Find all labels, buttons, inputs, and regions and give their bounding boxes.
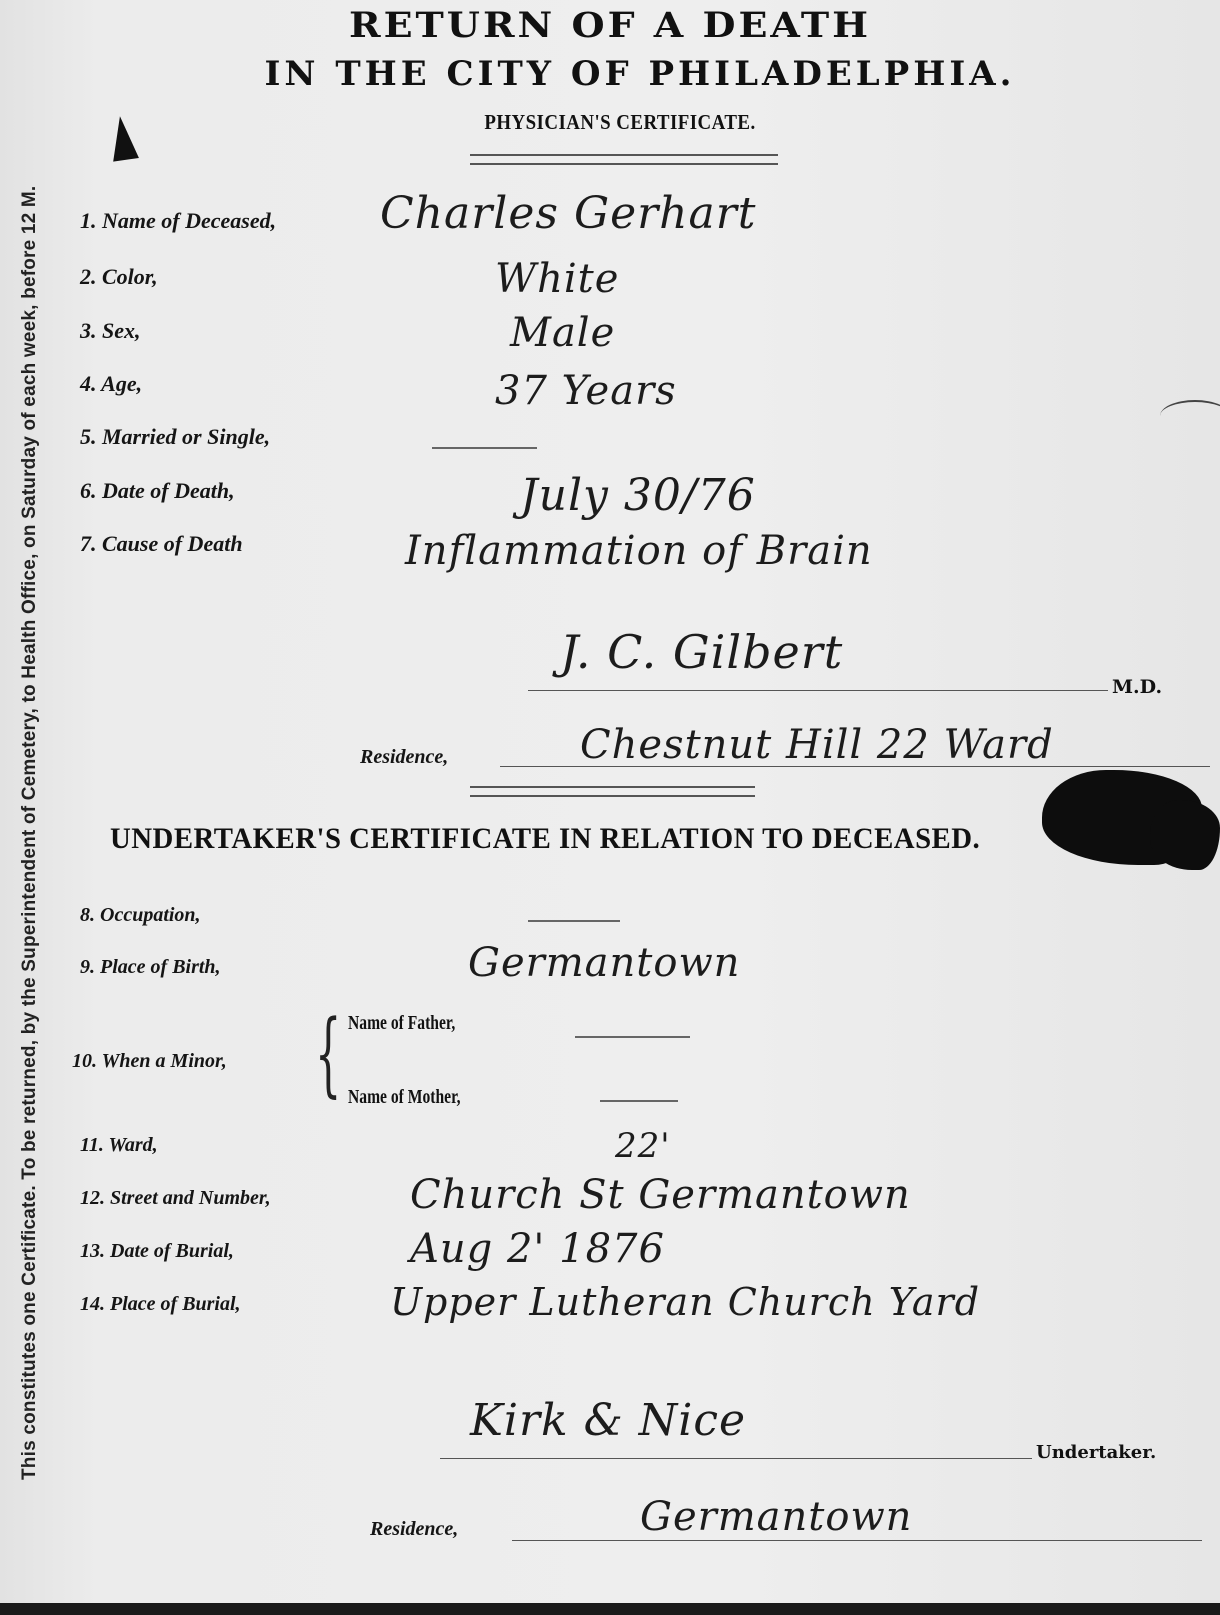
label-cause-of-death: 7. Cause of Death [80, 531, 243, 557]
ink-arrow-mark [107, 114, 139, 161]
value-married-or-single-dash [432, 447, 537, 449]
value-cause-of-death: Inflammation of Brain [405, 528, 873, 574]
physician-signature: J. C. Gilbert [560, 625, 843, 679]
value-occupation-dash [528, 920, 620, 922]
physician-signature-line [528, 690, 1108, 691]
label-occupation: 8. Occupation, [80, 904, 201, 927]
stray-pen-stroke [1160, 400, 1220, 432]
document-subtitle: IN THE CITY OF PHILADELPHIA. [60, 54, 1220, 94]
value-undertaker-residence: Germantown [640, 1494, 912, 1540]
value-ward: 22' [615, 1126, 671, 1166]
label-color: 2. Color, [80, 264, 158, 290]
label-physician-residence: Residence, [360, 746, 448, 769]
label-when-a-minor: 10. When a Minor, [72, 1050, 227, 1073]
label-place-of-birth: 9. Place of Birth, [80, 956, 221, 979]
physician-residence-line [500, 766, 1210, 767]
label-age: 4. Age, [80, 371, 142, 397]
value-place-of-birth: Germantown [468, 940, 740, 986]
label-sex: 3. Sex, [80, 318, 141, 344]
label-name-of-mother: Name of Mother, [348, 1086, 460, 1109]
value-age: 37 Years [495, 368, 677, 414]
certificate-page: This constitutes one Certificate. To be … [0, 0, 1220, 1615]
label-street-and-number: 12. Street and Number, [80, 1187, 271, 1210]
value-color: White [495, 256, 619, 302]
undertaker-residence-line [512, 1540, 1202, 1541]
undertaker-signature-line [440, 1458, 1032, 1459]
value-date-of-death: July 30/76 [520, 470, 756, 521]
label-date-of-death: 6. Date of Death, [80, 478, 235, 504]
value-name-of-father-dash [575, 1036, 690, 1038]
value-name-of-deceased: Charles Gerhart [380, 188, 756, 239]
undertaker-suffix: Undertaker. [1036, 1442, 1156, 1463]
side-instruction-note: This constitutes one Certificate. To be … [12, 0, 48, 1480]
undertaker-section-title: UNDERTAKER'S CERTIFICATE IN RELATION TO … [110, 822, 980, 856]
double-rule-divider-2 [470, 786, 755, 797]
ink-blot-2 [1150, 800, 1220, 870]
physician-section-title: PHYSICIAN'S CERTIFICATE. [170, 110, 1070, 135]
document-title: RETURN OF A DEATH [0, 4, 1220, 45]
label-place-of-burial: 14. Place of Burial, [80, 1293, 241, 1316]
label-undertaker-residence: Residence, [370, 1518, 458, 1541]
double-rule-divider [470, 154, 778, 165]
value-street-and-number: Church St Germantown [410, 1172, 911, 1218]
value-name-of-mother-dash [600, 1100, 678, 1102]
value-physician-residence: Chestnut Hill 22 Ward [580, 722, 1054, 768]
label-ward: 11. Ward, [80, 1134, 158, 1157]
value-place-of-burial: Upper Lutheran Church Yard [390, 1280, 980, 1324]
brace-symbol: { [315, 1008, 341, 1100]
label-married-or-single: 5. Married or Single, [80, 424, 270, 450]
undertaker-signature: Kirk & Nice [470, 1395, 746, 1446]
md-suffix: M.D. [1112, 676, 1162, 698]
label-date-of-burial: 13. Date of Burial, [80, 1240, 234, 1263]
scan-bottom-edge [0, 1603, 1220, 1615]
value-sex: Male [510, 310, 615, 356]
value-date-of-burial: Aug 2' 1876 [410, 1226, 665, 1272]
label-name-of-deceased: 1. Name of Deceased, [80, 208, 276, 234]
label-name-of-father: Name of Father, [348, 1012, 455, 1035]
